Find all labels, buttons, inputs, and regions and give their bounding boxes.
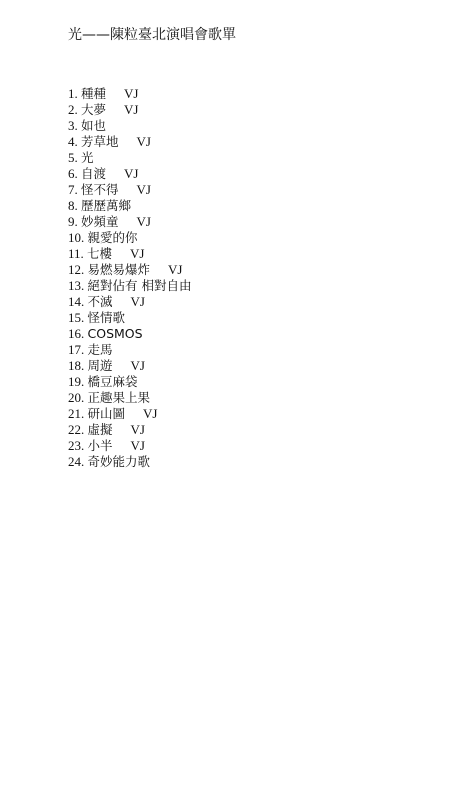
setlist-item: 4. 芳草地VJ — [68, 134, 191, 150]
song-number: 20. — [68, 390, 84, 405]
song-number: 7. — [68, 182, 78, 197]
vj-tag: VJ — [130, 246, 144, 261]
vj-tag: VJ — [131, 294, 145, 309]
setlist-item: 2. 大夢VJ — [68, 102, 191, 118]
vj-tag: VJ — [168, 262, 182, 277]
song-title: 大夢 — [81, 102, 106, 117]
song-title: 怪不得 — [81, 182, 119, 197]
song-number: 19. — [68, 374, 84, 389]
song-number: 6. — [68, 166, 78, 181]
setlist-item: 21. 研山圖VJ — [68, 406, 191, 422]
song-number: 8. — [68, 198, 78, 213]
setlist-item: 7. 怪不得VJ — [68, 182, 191, 198]
vj-tag: VJ — [131, 358, 145, 373]
setlist-item: 8. 歷歷萬鄉 — [68, 198, 191, 214]
song-number: 15. — [68, 310, 84, 325]
song-number: 12. — [68, 262, 84, 277]
song-number: 23. — [68, 438, 84, 453]
song-number: 14. — [68, 294, 84, 309]
song-title: 易燃易爆炸 — [88, 262, 151, 277]
setlist-item: 6. 自渡VJ — [68, 166, 191, 182]
song-title: 七樓 — [87, 246, 112, 261]
song-number: 3. — [68, 118, 78, 133]
song-title: 親愛的你 — [88, 230, 138, 245]
setlist: 1. 種種VJ2. 大夢VJ3. 如也4. 芳草地VJ5. 光6. 自渡VJ7.… — [68, 86, 191, 470]
song-title: 虛擬 — [88, 422, 113, 437]
song-title: 種種 — [81, 86, 106, 101]
song-title: 自渡 — [81, 166, 106, 181]
vj-tag: VJ — [143, 406, 157, 421]
song-title: 不滅 — [88, 294, 113, 309]
song-title: COSMOS — [88, 326, 143, 341]
song-title: 如也 — [81, 118, 106, 133]
song-number: 4. — [68, 134, 78, 149]
setlist-item: 13. 絕對佔有 相對自由 — [68, 278, 191, 294]
setlist-item: 5. 光 — [68, 150, 191, 166]
page-title: 光——陳粒臺北演唱會歌單 — [68, 26, 236, 44]
setlist-item: 17. 走馬 — [68, 342, 191, 358]
song-title: 周遊 — [88, 358, 113, 373]
song-number: 1. — [68, 86, 78, 101]
setlist-item: 11. 七樓VJ — [68, 246, 191, 262]
song-title: 歷歷萬鄉 — [81, 198, 131, 213]
song-title: 芳草地 — [81, 134, 119, 149]
song-number: 10. — [68, 230, 84, 245]
song-title: 正趣果上果 — [88, 390, 151, 405]
setlist-item: 23. 小半VJ — [68, 438, 191, 454]
song-title: 走馬 — [88, 342, 113, 357]
song-title: 絕對佔有 相對自由 — [88, 278, 192, 293]
song-title: 橋豆麻袋 — [88, 374, 138, 389]
song-number: 11. — [68, 246, 84, 261]
vj-tag: VJ — [137, 182, 151, 197]
setlist-item: 16. COSMOS — [68, 326, 191, 342]
setlist-item: 14. 不滅VJ — [68, 294, 191, 310]
song-number: 16. — [68, 326, 84, 341]
song-title: 光 — [81, 150, 94, 165]
vj-tag: VJ — [124, 86, 138, 101]
song-title: 怪情歌 — [88, 310, 126, 325]
song-number: 24. — [68, 454, 84, 469]
song-title: 妙頻童 — [81, 214, 119, 229]
song-number: 21. — [68, 406, 84, 421]
song-number: 2. — [68, 102, 78, 117]
song-number: 18. — [68, 358, 84, 373]
song-title: 研山圖 — [88, 406, 126, 421]
vj-tag: VJ — [131, 422, 145, 437]
setlist-item: 3. 如也 — [68, 118, 191, 134]
song-number: 13. — [68, 278, 84, 293]
setlist-item: 10. 親愛的你 — [68, 230, 191, 246]
vj-tag: VJ — [137, 134, 151, 149]
setlist-item: 22. 虛擬VJ — [68, 422, 191, 438]
setlist-item: 9. 妙頻童VJ — [68, 214, 191, 230]
setlist-item: 24. 奇妙能力歌 — [68, 454, 191, 470]
song-title: 奇妙能力歌 — [88, 454, 151, 469]
song-title: 小半 — [88, 438, 113, 453]
song-number: 17. — [68, 342, 84, 357]
setlist-item: 15. 怪情歌 — [68, 310, 191, 326]
setlist-item: 12. 易燃易爆炸VJ — [68, 262, 191, 278]
vj-tag: VJ — [124, 102, 138, 117]
vj-tag: VJ — [137, 214, 151, 229]
vj-tag: VJ — [124, 166, 138, 181]
song-number: 9. — [68, 214, 78, 229]
setlist-item: 20. 正趣果上果 — [68, 390, 191, 406]
vj-tag: VJ — [131, 438, 145, 453]
song-number: 22. — [68, 422, 84, 437]
song-number: 5. — [68, 150, 78, 165]
setlist-item: 19. 橋豆麻袋 — [68, 374, 191, 390]
setlist-item: 1. 種種VJ — [68, 86, 191, 102]
setlist-item: 18. 周遊VJ — [68, 358, 191, 374]
